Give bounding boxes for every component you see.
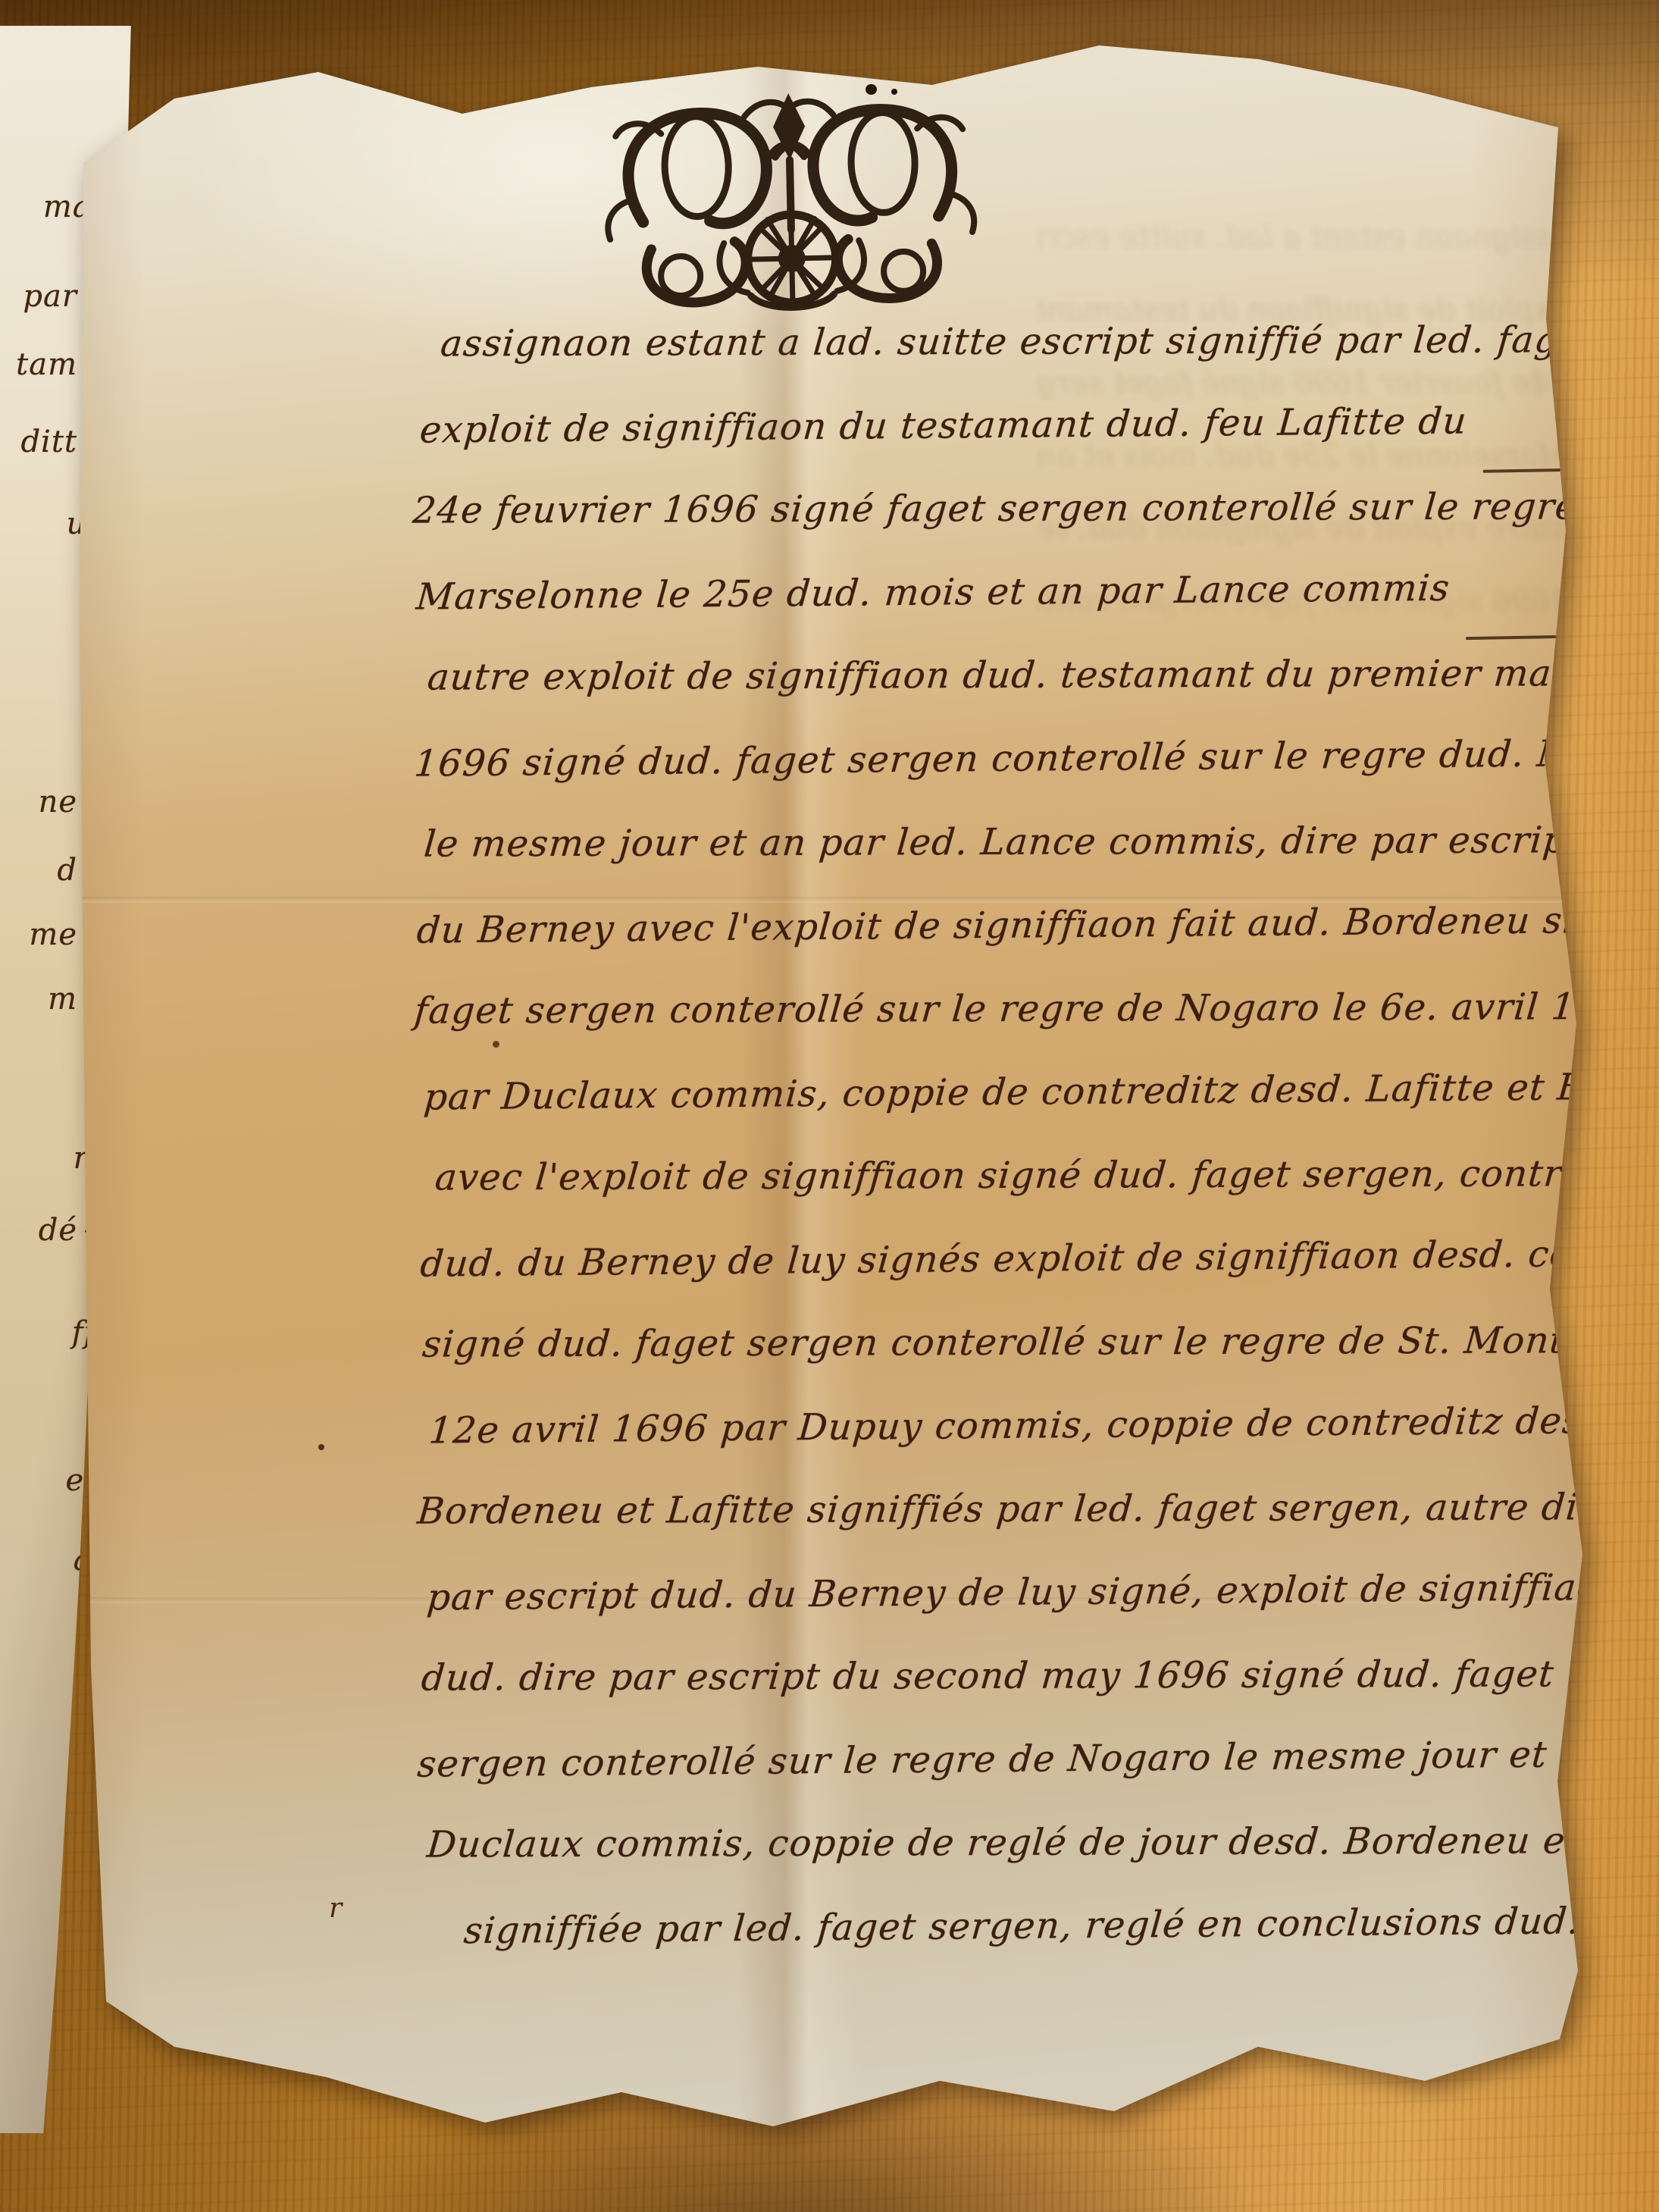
manuscript-line-text: signiffiée par led. faget sergen, reglé … bbox=[462, 1898, 1659, 1952]
manuscript-line: Duclaux commis, coppie de reglé de jour … bbox=[427, 1819, 1576, 1907]
manuscript-line: Bordeneu et Lafitte signiffiés par led. … bbox=[418, 1486, 1574, 1573]
manuscript-line-text: assignaon estant a lad. suitte escript s… bbox=[439, 318, 1659, 365]
manuscript-line-text: le mesme jour et an par led. Lance commi… bbox=[422, 819, 1659, 866]
manuscript-line: dud. dire par escript du second may 1696… bbox=[421, 1653, 1575, 1740]
line-end-dash bbox=[1482, 468, 1563, 473]
manuscript-line-text: 12e avril 1696 par Dupuy commis, coppie … bbox=[427, 1399, 1620, 1452]
manuscript-line: signé dud. faget sergen conterollé sur l… bbox=[422, 1319, 1573, 1406]
ink-speck bbox=[493, 1041, 499, 1048]
manuscript-line: exploit de signiffiaon du testamant dud.… bbox=[420, 399, 1568, 492]
ink-speck bbox=[891, 89, 897, 95]
manuscript-line-text: par Duclaux commis, coppie de contreditz… bbox=[422, 1064, 1659, 1118]
manuscript-line: 1696 signé dud. faget sergen conterollé … bbox=[415, 732, 1570, 826]
manuscript-line: 12e avril 1696 par Dupuy commis, coppie … bbox=[429, 1399, 1574, 1493]
manuscript-line: par Duclaux commis, coppie de contreditz… bbox=[424, 1066, 1572, 1159]
manuscript-line-text: sergen conterollé sur le regre de Nogaro… bbox=[416, 1731, 1659, 1786]
line-end-dash bbox=[1466, 635, 1564, 640]
manuscript-line: Marselonne le 25e dud. mois et an par La… bbox=[416, 566, 1569, 659]
ornamental-woodcut-stamp-icon bbox=[587, 63, 994, 329]
manuscript-line-text: autre exploit de signiffiaon dud. testam… bbox=[426, 652, 1592, 698]
manuscript-line-text: exploit de signiffiaon du testamant dud.… bbox=[418, 399, 1469, 451]
manuscript-line: sergen conterollé sur le regre de Nogaro… bbox=[418, 1733, 1576, 1826]
manuscript-line: signiffiée par led. faget sergen, reglé … bbox=[464, 1900, 1577, 1993]
manuscript-line: par escript dud. du Berney de luy signé,… bbox=[427, 1566, 1575, 1659]
manuscript-line-text: dud. dire par escript du second may 1696… bbox=[420, 1653, 1556, 1699]
manuscript-photo: malitépartamdittutre,8amnedmem696n 16déf… bbox=[0, 0, 1659, 2212]
manuscript-line-text: Bordeneu et Lafitte signiffiés par led. … bbox=[416, 1486, 1621, 1533]
manuscript-line-text: Duclaux commis, coppie de reglé de jour … bbox=[425, 1819, 1659, 1866]
manuscript-sheet: assignaon estant a lad. suitte escript s… bbox=[68, 42, 1592, 2134]
manuscript-sheet-wrap: assignaon estant a lad. suitte escript s… bbox=[68, 42, 1592, 2134]
manuscript-line: faget sergen conterollé sur le regre de … bbox=[415, 985, 1571, 1073]
manuscript-line-text: signé dud. faget sergen conterollé sur l… bbox=[421, 1319, 1614, 1365]
manuscript-line: 24e feuvrier 1696 signé faget sergen con… bbox=[413, 485, 1568, 572]
manuscript-line-text: du Berney avec l'exploit de signiffiaon … bbox=[415, 898, 1648, 951]
manuscript-line-text: avec l'exploit de signiffiaon signé dud.… bbox=[434, 1152, 1659, 1199]
manuscript-line: assignaon estant a lad. suitte escript s… bbox=[440, 318, 1567, 406]
manuscript-line-text: faget sergen conterollé sur le regre de … bbox=[413, 985, 1650, 1032]
manuscript-line: dud. du Berney de luy signés exploit de … bbox=[421, 1233, 1573, 1326]
manuscript-line-text: 24e feuvrier 1696 signé faget sergen con… bbox=[412, 485, 1639, 532]
ink-speck bbox=[865, 84, 877, 95]
manuscript-line-text: 1696 signé dud. faget sergen conterollé … bbox=[413, 731, 1659, 785]
ink-speck bbox=[318, 1444, 324, 1450]
manuscript-line: autre exploit de signiffiaon dud. testam… bbox=[427, 652, 1569, 739]
stray-ink-mark: r bbox=[329, 1893, 342, 1924]
manuscript-line: du Berney avec l'exploit de signiffiaon … bbox=[417, 899, 1571, 992]
manuscript-line-text: par escript dud. du Berney de luy signé,… bbox=[425, 1566, 1626, 1619]
manuscript-line-text: dud. du Berney de luy signés exploit de … bbox=[419, 1232, 1659, 1286]
showthrough-line: assignaon estant a lad. suitte escript s… bbox=[1038, 201, 1569, 274]
manuscript-line: le mesme jour et an par led. Lance commi… bbox=[424, 819, 1570, 906]
manuscript-line: avec l'exploit de signiffiaon signé dud.… bbox=[435, 1152, 1572, 1239]
manuscript-text-block: assignaon estant a lad. suitte escript s… bbox=[405, 317, 1576, 1991]
manuscript-line-text: Marselonne le 25e dud. mois et an par La… bbox=[415, 567, 1451, 619]
